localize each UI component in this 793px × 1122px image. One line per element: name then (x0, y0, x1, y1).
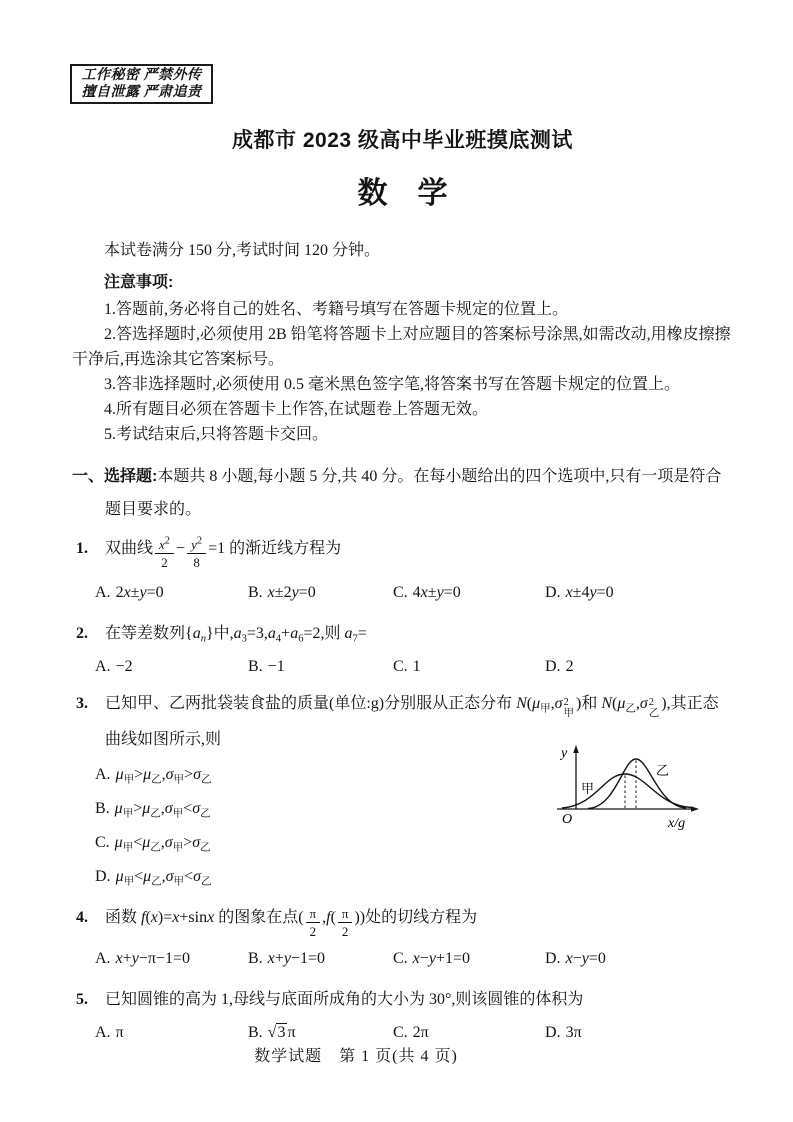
question-2: 2. 在等差数列{an}中,a3=3,a4+a6=2,则 a7= A.−2 B.… (72, 620, 733, 680)
question-1-stem: 双曲线x22−y28=1 的渐近线方程为 (105, 526, 733, 572)
question-1-number: 1. (76, 526, 88, 572)
subject-title: 数 学 (72, 176, 733, 212)
exam-title: 成都市 2023 级高中毕业班摸底测试 (72, 128, 733, 154)
q3-option-b: B.μ甲>μ乙,σ甲<σ乙 (95, 792, 565, 826)
question-5-number: 5. (76, 986, 88, 1014)
normal-curves-figure: y O x/g 甲 乙 (554, 742, 739, 847)
q2-option-b: B.−1 (248, 654, 393, 680)
q4-option-d: D.x−y=0 (545, 946, 733, 972)
q2-option-d: D.2 (545, 654, 733, 680)
notice-heading: 注意事项: (72, 270, 733, 295)
question-2-stem: 在等差数列{an}中,a3=3,a4+a6=2,则 a7= (105, 620, 733, 648)
exam-content: 成都市 2023 级高中毕业班摸底测试 数 学 本试卷满分 150 分,考试时间… (72, 124, 733, 1046)
question-5-options: A.π B.√3π C.2π D.3π (95, 1020, 733, 1046)
q5-option-b: B.√3π (248, 1020, 393, 1046)
section-one-heading: 一、选择题:本题共 8 小题,每小题 5 分,共 40 分。在每小题给出的四个选… (72, 460, 733, 526)
q2-option-a: A.−2 (95, 654, 248, 680)
q3-option-d: D.μ甲<μ乙,σ甲<σ乙 (95, 860, 565, 894)
x-axis-arrow-icon (691, 806, 699, 811)
q2-option-c: C.1 (393, 654, 545, 680)
question-3-number: 3. (76, 686, 88, 722)
y-axis-arrow-icon (573, 745, 579, 753)
q4-option-b: B.x+y−1=0 (248, 946, 393, 972)
q4-option-c: C.x−y+1=0 (393, 946, 545, 972)
figure-x-label: x/g (667, 816, 685, 831)
curve-yi (588, 759, 686, 809)
notice-item-3: 3.答非选择题时,必须使用 0.5 毫米黑色签字笔,将答案书写在答题卡规定的位置… (72, 372, 733, 397)
question-3-options: A.μ甲>μ乙,σ甲>σ乙 B.μ甲>μ乙,σ甲<σ乙 C.μ甲<μ乙,σ甲>σ… (95, 758, 565, 894)
q4-option-a: A.x+y−π−1=0 (95, 946, 248, 972)
exam-info: 本试卷满分 150 分,考试时间 120 分钟。 (72, 238, 733, 263)
exam-page: 工作秘密 严禁外传 擅自泄露 严肃追责 成都市 2023 级高中毕业班摸底测试 … (0, 0, 793, 1122)
question-4-stem: 函数 f(x)=x+sinx 的图象在点(π2,f(π2))处的切线方程为 (105, 898, 733, 940)
section-one-description: 本题共 8 小题,每小题 5 分,共 40 分。在每小题给出的四个选项中,只有一… (105, 468, 721, 518)
figure-origin-label: O (562, 812, 572, 827)
confidential-stamp: 工作秘密 严禁外传 擅自泄露 严肃追责 (70, 64, 213, 104)
q3-option-a: A.μ甲>μ乙,σ甲>σ乙 (95, 758, 565, 792)
question-4-options: A.x+y−π−1=0 B.x+y−1=0 C.x−y+1=0 D.x−y=0 (95, 946, 733, 972)
q3-option-c: C.μ甲<μ乙,σ甲>σ乙 (95, 826, 565, 860)
question-4: 4. 函数 f(x)=x+sinx 的图象在点(π2,f(π2))处的切线方程为… (72, 898, 733, 972)
notice-item-2: 2.答选择题时,必须使用 2B 铅笔将答题卡上对应题目的答案标号涂黑,如需改动,… (72, 322, 733, 372)
q5-option-d: D.3π (545, 1020, 733, 1046)
figure-y-label: y (559, 746, 568, 761)
page-footer: 数学试题 第 1 页(共 4 页) (0, 1046, 712, 1068)
notice-item-4: 4.所有题目必须在答题卡上作答,在试题卷上答题无效。 (72, 397, 733, 422)
question-1-options: A.2x±y=0 B.x±2y=0 C.4x±y=0 D.x±4y=0 (95, 580, 733, 606)
question-2-options: A.−2 B.−1 C.1 D.2 (95, 654, 733, 680)
section-one-label: 一、选择题: (72, 468, 157, 485)
question-4-number: 4. (76, 898, 88, 938)
question-2-number: 2. (76, 620, 88, 648)
q1-option-a: A.2x±y=0 (95, 580, 248, 606)
q5-option-c: C.2π (393, 1020, 545, 1046)
stamp-line-2: 擅自泄露 严肃追责 (82, 84, 202, 101)
stamp-line-1: 工作秘密 严禁外传 (82, 67, 202, 84)
notice-item-5: 5.考试结束后,只将答题卡交回。 (72, 422, 733, 447)
question-1: 1. 双曲线x22−y28=1 的渐近线方程为 A.2x±y=0 B.x±2y=… (72, 526, 733, 606)
q5-option-a: A.π (95, 1020, 248, 1046)
figure-curve-yi-label: 乙 (656, 763, 669, 778)
question-5: 5. 已知圆锥的高为 1,母线与底面所成角的大小为 30°,则该圆锥的体积为 A… (72, 986, 733, 1046)
q1-option-b: B.x±2y=0 (248, 580, 393, 606)
q1-option-c: C.4x±y=0 (393, 580, 545, 606)
notice-item-1: 1.答题前,务必将自己的姓名、考籍号填写在答题卡规定的位置上。 (72, 297, 733, 322)
figure-curve-jia-label: 甲 (581, 781, 594, 796)
question-5-stem: 已知圆锥的高为 1,母线与底面所成角的大小为 30°,则该圆锥的体积为 (105, 986, 733, 1014)
q1-option-d: D.x±4y=0 (545, 580, 733, 606)
